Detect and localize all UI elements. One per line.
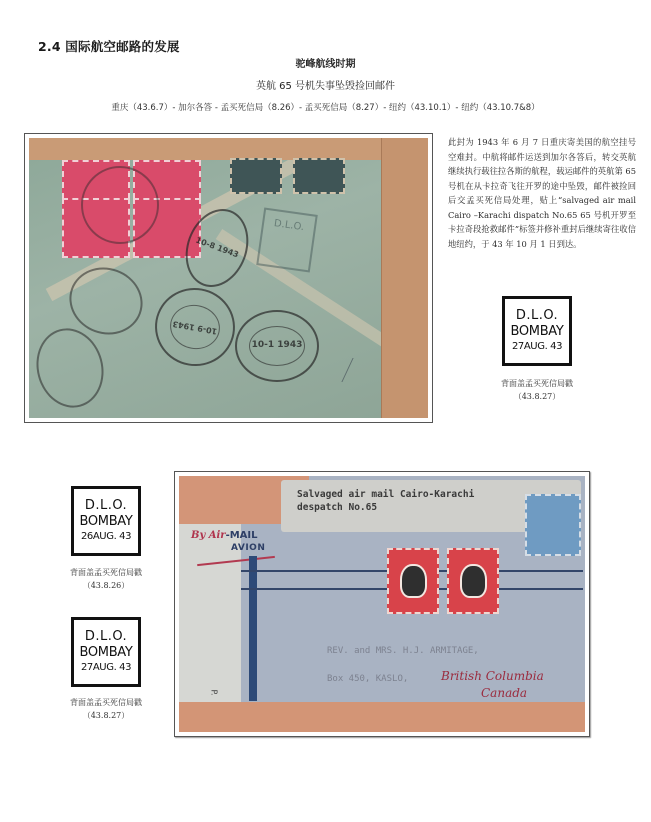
postmark-new-york-foreign: 10-1 1943 — [235, 310, 319, 382]
address-line-1: REV. and MRS. H.J. ARMITAGE, — [327, 646, 479, 656]
postmark-chungking — [81, 166, 159, 244]
stamp-dark-green — [293, 158, 345, 194]
cover-description: 此封为 1943 年 6 月 7 日重庆寄美国的航空挂号空难封。中航将邮件运送到… — [448, 135, 636, 251]
dlo-bombay-stamp: D.L.O. BOMBAY 27AUG. 43 — [71, 617, 141, 687]
repair-tape-top — [29, 138, 428, 160]
dlo-stamp-caption: 背面盖孟买死信局戳 （43.8.26） — [46, 566, 166, 592]
address-line-2: Box 450, KASLO, — [327, 674, 408, 684]
postal-route: 重庆（43.6.7）- 加尔各答 - 孟买死信局（8.26）- 孟买死信局（8.… — [0, 101, 651, 113]
dlo-stamp-caption: 背面盖孟买死信局戳 （43.8.27） — [477, 377, 597, 403]
dlo-mark-faint: D.L.O. — [256, 208, 318, 273]
avion-label: AVION — [231, 543, 265, 553]
cover-front-image: Salvaged air mail Cairo-Karachidespatch … — [174, 471, 590, 737]
portrait — [400, 564, 427, 598]
dlo-stamp-caption: 背面盖孟买死信局戳 （43.8.27） — [46, 696, 166, 722]
handwritten-province: British Columbia — [441, 669, 544, 683]
stamp-sun-yat-sen — [447, 548, 499, 614]
section-heading: 2.4 国际航空邮路的发展 — [38, 37, 180, 55]
portrait — [460, 564, 487, 598]
cover-back-image: D.L.O. 10-8 1943 10-9 1943 10-1 1943 — [24, 133, 433, 423]
cover-subject-title: 英航 65 号机失事坠毁捡回邮件 — [0, 77, 651, 92]
airmail-bar — [249, 556, 257, 701]
handwritten-country: Canada — [481, 686, 527, 700]
repair-tape-right — [381, 138, 428, 418]
dlo-bombay-stamp: D.L.O. BOMBAY 26AUG. 43 — [71, 486, 141, 556]
period-title: 驼峰航线时期 — [0, 55, 651, 70]
dlo-bombay-stamp: D.L.O. BOMBAY 27AUG. 43 — [502, 296, 572, 366]
stamp-blue — [525, 494, 581, 556]
air-mail-etiquette: By Air-MAIL — [191, 530, 258, 541]
stamp-dark-green — [230, 158, 282, 194]
stamp-sun-yat-sen — [387, 548, 439, 614]
salvaged-mail-label-text: Salvaged air mail Cairo-Karachidespatch … — [297, 488, 474, 514]
repair-tape-bottom — [179, 702, 585, 732]
p-mark: P. — [210, 689, 219, 695]
